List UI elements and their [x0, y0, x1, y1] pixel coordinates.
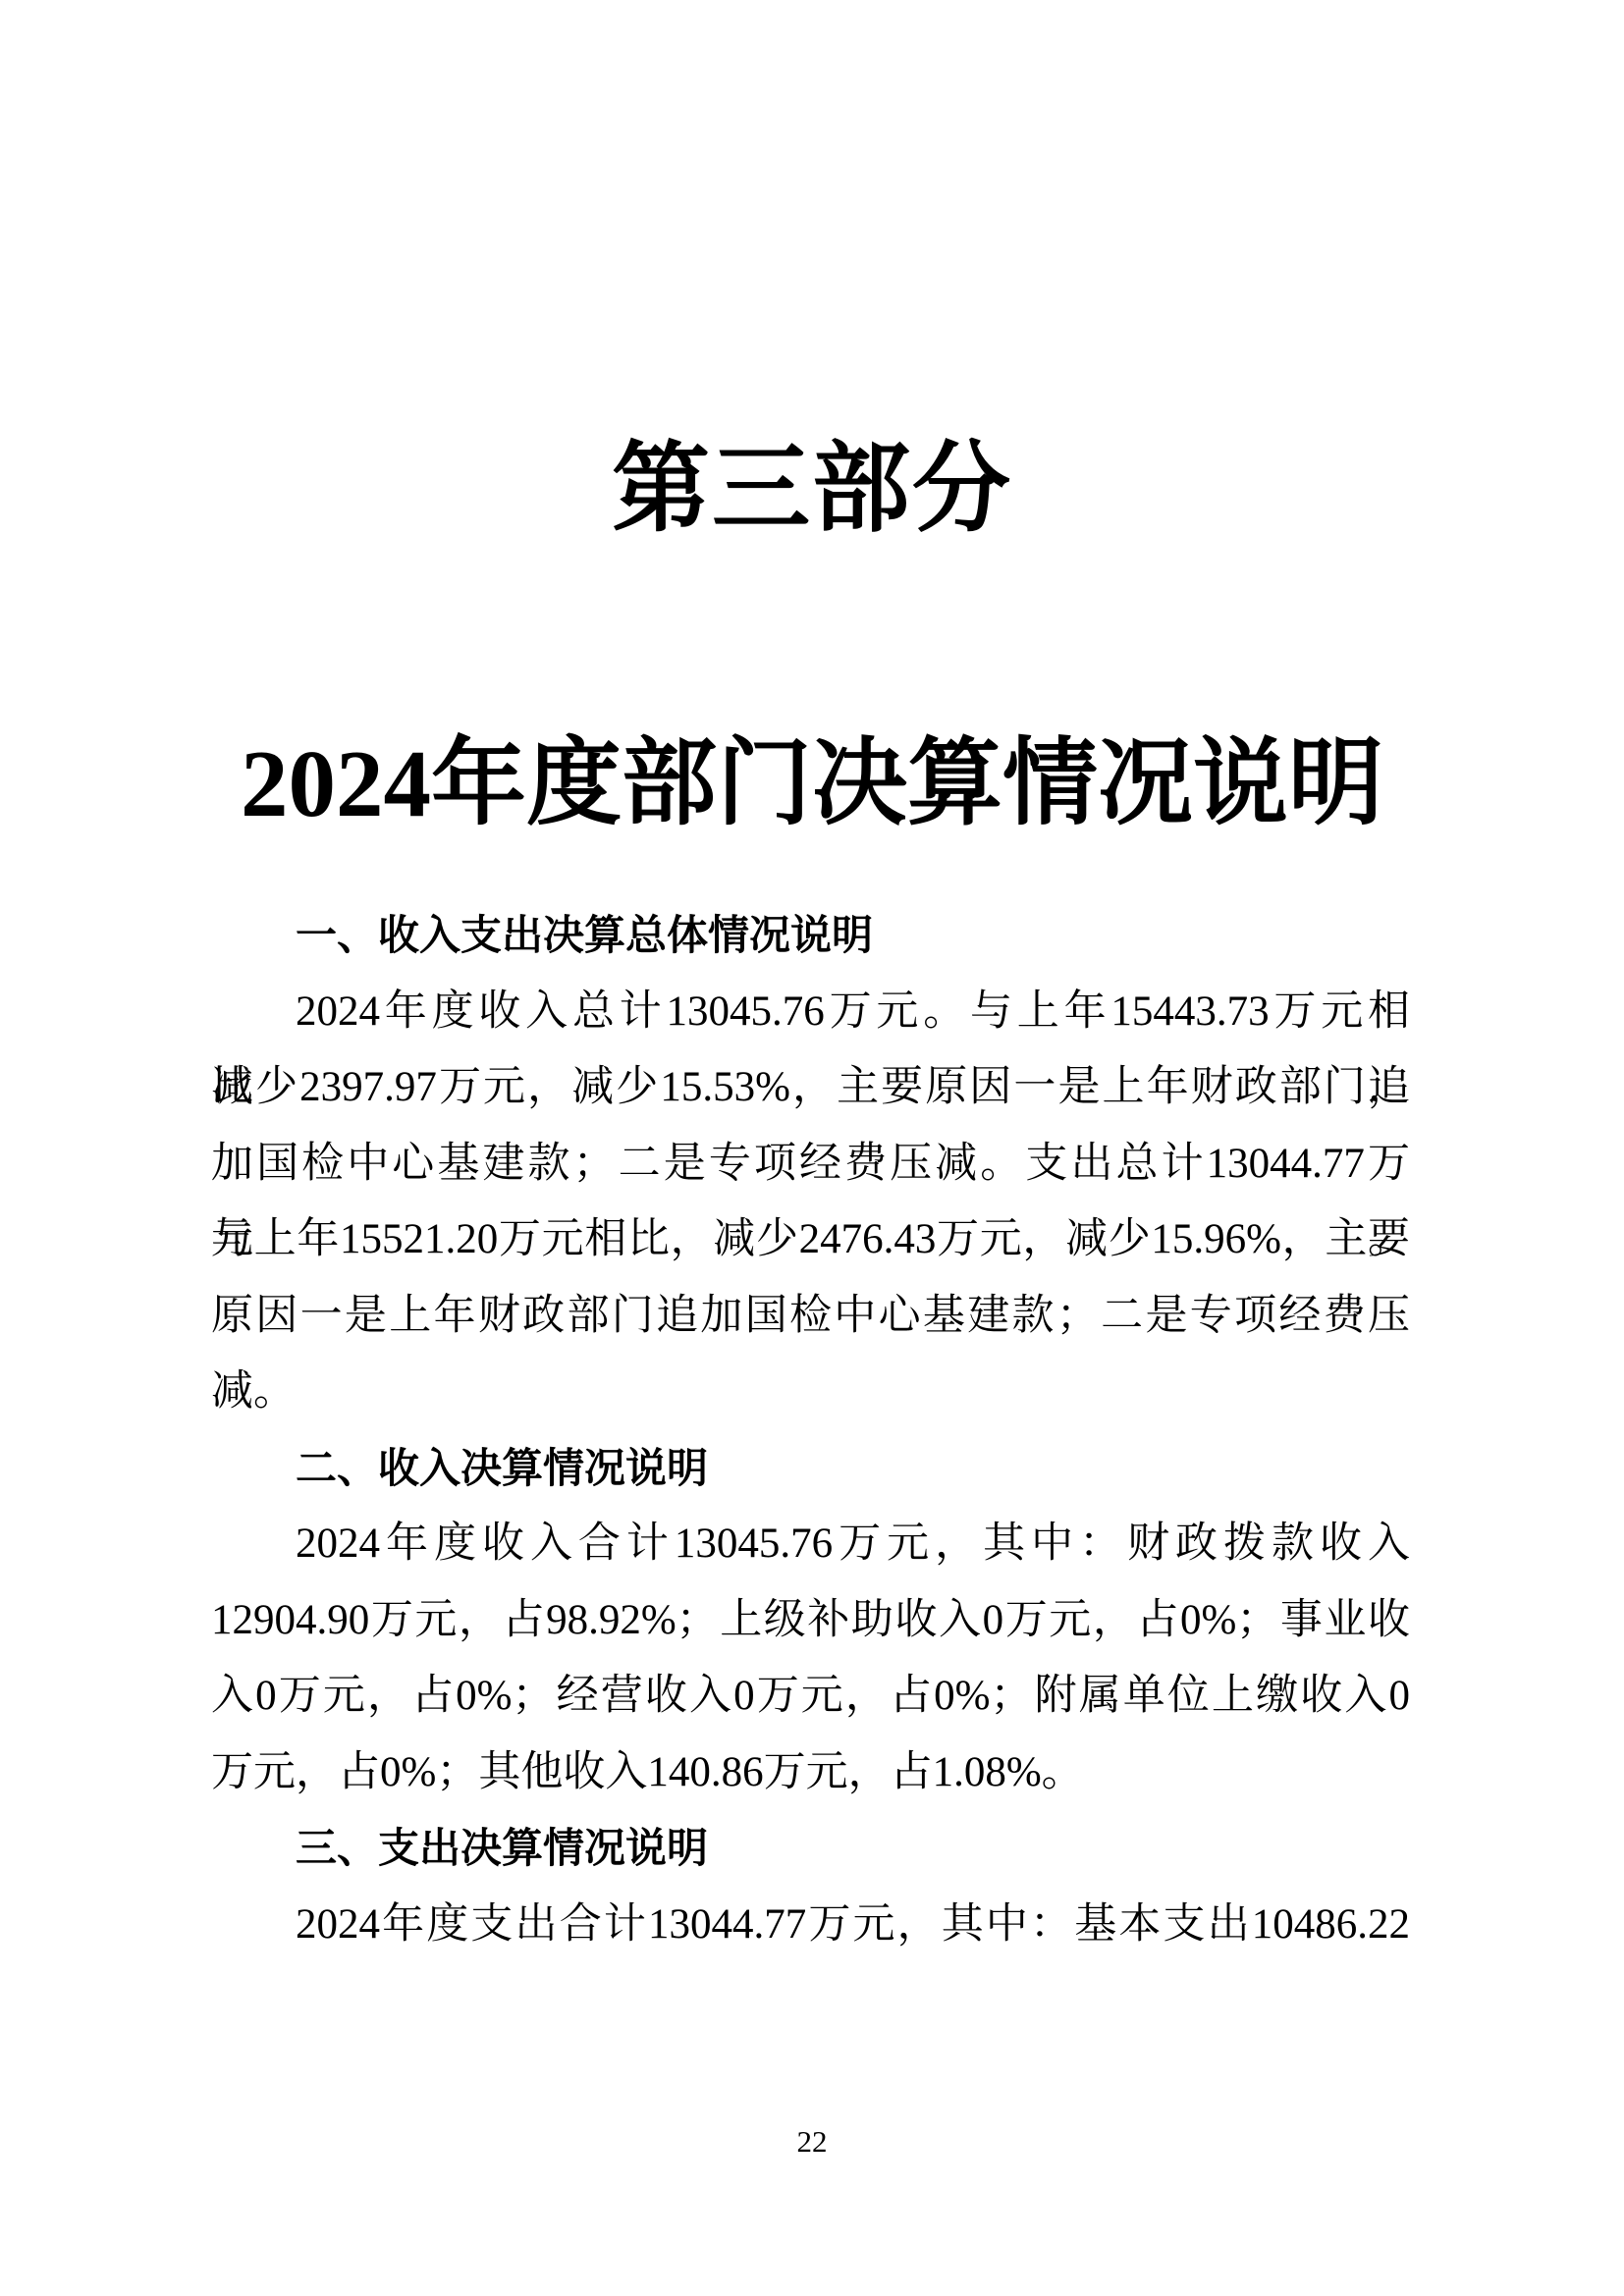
section-3-heading: 三、支出决算情况说明: [211, 1810, 1410, 1887]
section-2-heading: 二、收入决算情况说明: [211, 1430, 1410, 1507]
body-line: 原因一是上年财政部门追加国检中心基建款；二是专项经费压: [211, 1278, 1410, 1355]
body-line: 2024年度支出合计13044.77万元，其中：基本支出10486.22: [211, 1887, 1410, 1963]
document-body: 一、收入支出决算总体情况说明2024年度收入总计13045.76万元。与上年15…: [211, 897, 1410, 1962]
body-line: 减。: [211, 1354, 1410, 1430]
body-line: 12904.90万元，占98.92%；上级补助收入0万元，占0%；事业收: [211, 1582, 1410, 1659]
part-title: 第三部分: [0, 436, 1624, 544]
body-line: 2024年度收入合计13045.76万元，其中：财政拨款收入: [211, 1506, 1410, 1582]
body-line: 入0万元，占0%；经营收入0万元，占0%；附属单位上缴收入0: [211, 1658, 1410, 1735]
body-line: 加国检中心基建款；二是专项经费压减。支出总计13044.77万元。: [211, 1126, 1410, 1202]
page-number: 22: [0, 2126, 1624, 2157]
body-line: 万元，占0%；其他收入140.86万元，占1.08%。: [211, 1735, 1410, 1811]
section-1-heading: 一、收入支出决算总体情况说明: [211, 897, 1410, 974]
body-line: 2024年度收入总计13045.76万元。与上年15443.73万元相比，: [211, 974, 1410, 1050]
document-page: 第三部分 2024年度部门决算情况说明 一、收入支出决算总体情况说明2024年度…: [0, 0, 1624, 2296]
body-line: 与上年15521.20万元相比，减少2476.43万元，减少15.96%，主要: [211, 1201, 1410, 1278]
document-title: 2024年度部门决算情况说明: [0, 732, 1624, 837]
body-line: 减少2397.97万元，减少15.53%，主要原因一是上年财政部门追: [211, 1049, 1410, 1126]
